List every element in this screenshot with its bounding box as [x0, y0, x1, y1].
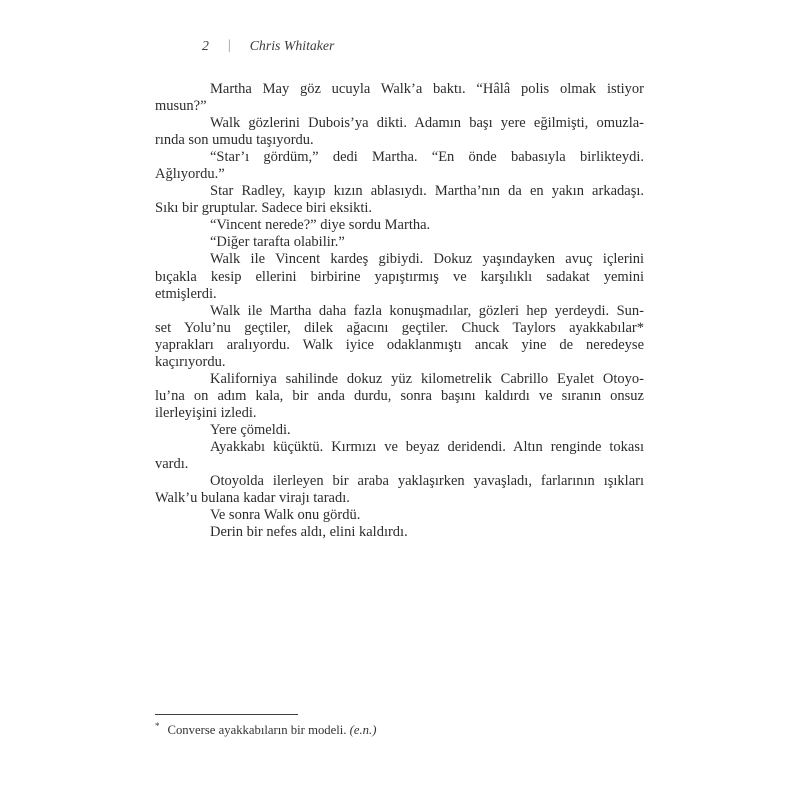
body-line: Sıkı bir gruptular. Sadece biri eksikti.: [155, 200, 644, 217]
body-line: Derin bir nefes aldı, elini kaldırdı.: [155, 524, 644, 541]
body-line: lu’na on adım kala, bir anda durdu, sonr…: [155, 388, 644, 405]
footnote-rule: [155, 714, 298, 715]
body-line: Walk gözlerini Dubois’ya dikti. Adamın b…: [155, 115, 644, 132]
header-page-number: 2: [202, 38, 209, 54]
body-line: vardı.: [155, 456, 644, 473]
footnote: *Converse ayakkabıların bir modeli. (e.n…: [155, 718, 644, 738]
body-line: musun?”: [155, 98, 644, 115]
header-divider: |: [228, 38, 231, 54]
footnote-marker: *: [155, 721, 160, 731]
body-line: “Diğer tarafta olabilir.”: [155, 234, 644, 251]
body-line: Walk ile Martha daha fazla konuşmadılar,…: [155, 303, 644, 320]
page-header: 2 | Chris Whitaker: [202, 38, 334, 54]
body-line: bıçakla kesip ellerini birbirine yapıştı…: [155, 269, 644, 286]
body-line: Ayakkabı küçüktü. Kırmızı ve beyaz derid…: [155, 439, 644, 456]
body-line: yaprakları aralıyordu. Walk iyice odakla…: [155, 337, 644, 354]
body-line: Yere çömeldi.: [155, 422, 644, 439]
body-line: “Star’ı gördüm,” dedi Martha. “En önde b…: [155, 149, 644, 166]
body-line: Star Radley, kayıp kızın ablasıydı. Mart…: [155, 183, 644, 200]
body-line: set Yolu’nu geçtiler, dilek ağacını geçt…: [155, 320, 644, 337]
body-line: Ve sonra Walk onu gördü.: [155, 507, 644, 524]
body-line: Kaliforniya sahilinde dokuz yüz kilometr…: [155, 371, 644, 388]
footnote-text: Converse ayakkabıların bir modeli.: [168, 723, 347, 737]
body-line: etmişlerdi.: [155, 286, 644, 303]
body-line: Ağlıyordu.”: [155, 166, 644, 183]
body-line: Otoyolda ilerleyen bir araba yaklaşırken…: [155, 473, 644, 490]
body-line: ilerleyişini izledi.: [155, 405, 644, 422]
body-line: “Vincent nerede?” diye sordu Martha.: [155, 217, 644, 234]
body-line: Martha May göz ucuyla Walk’a baktı. “Hâl…: [155, 81, 644, 98]
footnote-source-note: (e.n.): [350, 723, 377, 737]
body-text: Martha May göz ucuyla Walk’a baktı. “Hâl…: [155, 81, 644, 541]
body-line: Walk ile Vincent kardeş gibiydi. Dokuz y…: [155, 251, 644, 268]
body-line: kaçırıyordu.: [155, 354, 644, 371]
body-line: rında son umudu taşıyordu.: [155, 132, 644, 149]
book-page: 2 | Chris Whitaker Martha May göz ucuyla…: [0, 0, 800, 800]
header-author: Chris Whitaker: [250, 38, 335, 54]
body-line: Walk’u bulana kadar virajı taradı.: [155, 490, 644, 507]
